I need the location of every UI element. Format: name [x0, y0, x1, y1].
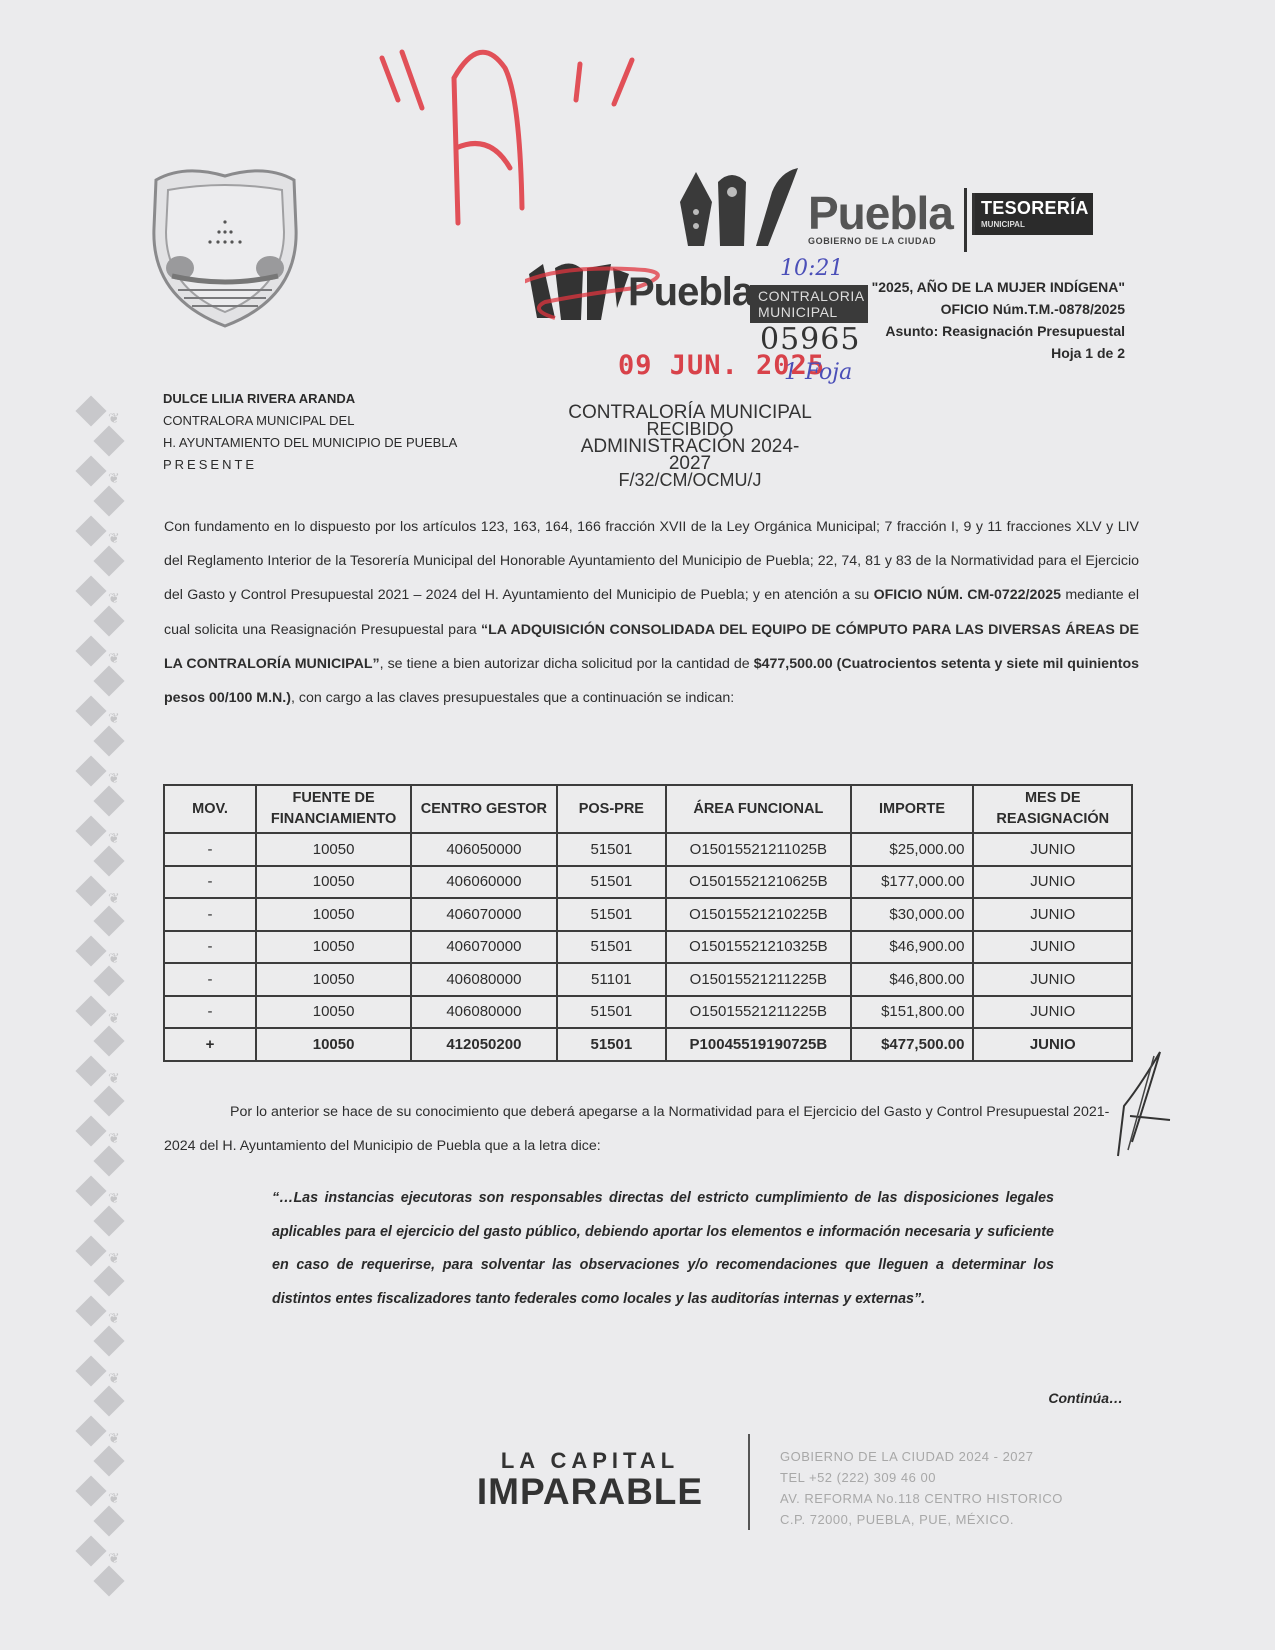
stamp-office-badge: CONTRALORIA MUNICIPAL: [750, 285, 868, 323]
received-line-4: F/32/CM/OCMU/J: [560, 472, 820, 489]
handwritten-pages: 1 Foja: [784, 360, 852, 385]
received-stamp: CONTRALORÍA MUNICIPAL RECIBIDO ADMINISTR…: [560, 404, 820, 489]
table-cell: 51501: [557, 1028, 667, 1061]
page-indicator: Hoja 1 de 2: [872, 342, 1125, 364]
table-cell: 406080000: [411, 996, 556, 1029]
table-row: -1005040605000051501O15015521211025B$25,…: [164, 833, 1132, 866]
office-title: TESORERÍA: [981, 198, 1089, 219]
continues-indicator: Continúa…: [1048, 1390, 1123, 1406]
subject-line: Asunto: Reasignación Presupuestal: [872, 320, 1125, 342]
footer-divider: [748, 1434, 750, 1530]
table-cell: $151,800.00: [851, 996, 974, 1029]
address-line: AV. REFORMA No.118 CENTRO HISTORICO: [780, 1488, 1063, 1509]
oficio-number: OFICIO Núm.T.M.-0878/2025: [872, 298, 1125, 320]
table-row: -1005040608000051101O15015521211225B$46,…: [164, 963, 1132, 996]
signature-mark: [1110, 1046, 1180, 1166]
slogan-line-2: IMPARABLE: [455, 1474, 725, 1510]
handwritten-time: 10:21: [780, 256, 843, 281]
table-total-row: +1005041205020051501P10045519190725B$477…: [164, 1028, 1132, 1061]
table-header-row: MOV.FUENTE DE FINANCIAMIENTOCENTRO GESTO…: [164, 785, 1132, 833]
table-cell: $46,800.00: [851, 963, 974, 996]
table-cell: -: [164, 996, 256, 1029]
table-cell: -: [164, 833, 256, 866]
table-cell: -: [164, 931, 256, 964]
table-cell: $46,900.00: [851, 931, 974, 964]
table-cell: O15015521211225B: [666, 963, 850, 996]
table-cell: 406050000: [411, 833, 556, 866]
table-cell: O15015521210325B: [666, 931, 850, 964]
table-cell: 406080000: [411, 963, 556, 996]
table-cell: 10050: [256, 1028, 411, 1061]
recipient-presente: PRESENTE: [163, 454, 457, 476]
table-cell: JUNIO: [973, 898, 1132, 931]
table-cell: -: [164, 963, 256, 996]
table-row: -1005040607000051501O15015521210225B$30,…: [164, 898, 1132, 931]
header-divider: [964, 188, 967, 252]
body-text-segment: , con cargo a las claves presupuestales …: [291, 690, 734, 706]
column-header: MOV.: [164, 785, 256, 833]
table-cell: 406060000: [411, 866, 556, 899]
handwritten-annotation-a: [370, 38, 650, 238]
brand-name: Puebla: [808, 186, 953, 240]
puebla-emblem-icon: [672, 162, 802, 252]
decorative-border: ❦❦❦❦❦❦❦❦❦❦❦❦❦❦❦❦❦❦❦❦: [72, 400, 132, 1610]
table-cell: 10050: [256, 898, 411, 931]
table-cell: +: [164, 1028, 256, 1061]
table-cell: JUNIO: [973, 931, 1132, 964]
table-cell: $25,000.00: [851, 833, 974, 866]
body-text-segment: Por lo anterior se hace de su conocimien…: [164, 1104, 1109, 1154]
table-cell: 51501: [557, 931, 667, 964]
address-line: C.P. 72000, PUEBLA, PUE, MÉXICO.: [780, 1509, 1063, 1530]
table-cell: $177,000.00: [851, 866, 974, 899]
brand-subtitle: GOBIERNO DE LA CIUDAD: [808, 236, 936, 246]
table-cell: JUNIO: [973, 833, 1132, 866]
table-cell: 51501: [557, 866, 667, 899]
table-cell: 10050: [256, 931, 411, 964]
table-cell: 412050200: [411, 1028, 556, 1061]
municipal-crest-logo: [144, 158, 306, 330]
table-cell: $30,000.00: [851, 898, 974, 931]
body-paragraph-2: Por lo anterior se hace de su conocimien…: [164, 1095, 1139, 1163]
table-cell: O15015521211225B: [666, 996, 850, 1029]
table-cell: 10050: [256, 833, 411, 866]
office-badge: TESORERÍA MUNICIPAL: [972, 193, 1093, 235]
table-cell: 51501: [557, 833, 667, 866]
stamp-office-sub: MUNICIPAL: [758, 304, 868, 320]
table-cell: 10050: [256, 866, 411, 899]
recipient-name: DULCE LILIA RIVERA ARANDA: [163, 388, 457, 410]
stamp-office: CONTRALORIA: [758, 288, 868, 304]
regulation-quote: “…Las instancias ejecutoras son responsa…: [272, 1182, 1054, 1316]
recipient-title-1: CONTRALORA MUNICIPAL DEL: [163, 410, 457, 432]
body-text-segment: , se tiene a bien autorizar dicha solici…: [380, 656, 754, 672]
recipient-title-2: H. AYUNTAMIENTO DEL MUNICIPIO DE PUEBLA: [163, 432, 457, 454]
column-header: POS-PRE: [557, 785, 667, 833]
table-cell: JUNIO: [973, 996, 1132, 1029]
body-paragraph-1: Con fundamento en lo dispuesto por los a…: [164, 510, 1139, 715]
column-header: FUENTE DE FINANCIAMIENTO: [256, 785, 411, 833]
table-cell: O15015521211025B: [666, 833, 850, 866]
address-line: GOBIERNO DE LA CIUDAD 2024 - 2027: [780, 1446, 1063, 1467]
table-cell: -: [164, 866, 256, 899]
address-line: TEL +52 (222) 309 46 00: [780, 1467, 1063, 1488]
table-cell: P10045519190725B: [666, 1028, 850, 1061]
recipient-block: DULCE LILIA RIVERA ARANDA CONTRALORA MUN…: [163, 388, 457, 476]
table-cell: O15015521210225B: [666, 898, 850, 931]
received-line-3: ADMINISTRACIÓN 2024-2027: [560, 438, 820, 472]
table-cell: 51101: [557, 963, 667, 996]
table-cell: 10050: [256, 963, 411, 996]
table-cell: JUNIO: [973, 1028, 1132, 1061]
table-cell: $477,500.00: [851, 1028, 974, 1061]
office-subtitle: MUNICIPAL: [981, 220, 1025, 229]
footer-address: GOBIERNO DE LA CIUDAD 2024 - 2027 TEL +5…: [780, 1446, 1063, 1530]
table-cell: O15015521210625B: [666, 866, 850, 899]
table-row: -1005040608000051501O15015521211225B$151…: [164, 996, 1132, 1029]
table-cell: 406070000: [411, 898, 556, 931]
column-header: ÁREA FUNCIONAL: [666, 785, 850, 833]
table-cell: 51501: [557, 996, 667, 1029]
column-header: MES DE REASIGNACIÓN: [973, 785, 1132, 833]
document-reference: "2025, AÑO DE LA MUJER INDÍGENA" OFICIO …: [872, 276, 1125, 364]
column-header: CENTRO GESTOR: [411, 785, 556, 833]
table-cell: 406070000: [411, 931, 556, 964]
table-row: -1005040606000051501O15015521210625B$177…: [164, 866, 1132, 899]
budget-reallocation-table: MOV.FUENTE DE FINANCIAMIENTOCENTRO GESTO…: [163, 784, 1133, 1062]
footer-slogan: LA CAPITAL IMPARABLE: [455, 1448, 725, 1510]
table-cell: JUNIO: [973, 963, 1132, 996]
table-row: -1005040607000051501O15015521210325B$46,…: [164, 931, 1132, 964]
table-cell: 10050: [256, 996, 411, 1029]
stamp-brand-name: Puebla: [628, 270, 753, 315]
table-cell: -: [164, 898, 256, 931]
column-header: IMPORTE: [851, 785, 974, 833]
table-cell: JUNIO: [973, 866, 1132, 899]
referenced-oficio: OFICIO NÚM. CM-0722/2025: [874, 587, 1062, 603]
table-cell: 51501: [557, 898, 667, 931]
year-motto: "2025, AÑO DE LA MUJER INDÍGENA": [872, 276, 1125, 298]
